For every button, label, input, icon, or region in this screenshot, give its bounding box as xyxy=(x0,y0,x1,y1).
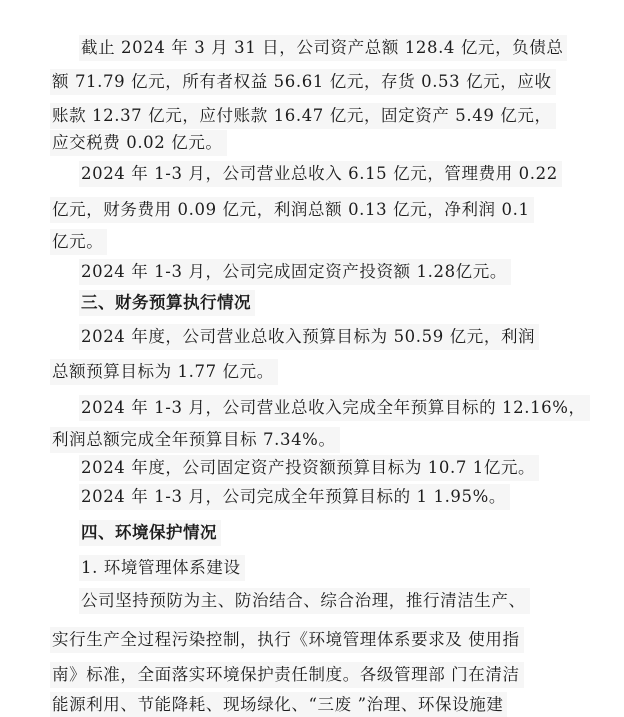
section-heading-budget: 三、财务预算执行情况 xyxy=(79,290,255,316)
text-line: 应交税费 0.02 亿元。 xyxy=(50,130,227,156)
text-line: 利润总额完成全年预算目标 7.34%。 xyxy=(50,427,340,453)
text-line: 公司坚持预防为主、防治结合、综合治理，推行清洁生产、 xyxy=(79,588,530,614)
text-line: 南》标准，全面落实环境保护责任制度。各级管理部 门在清洁 xyxy=(50,662,524,688)
text-line: 2024 年 1-3 月，公司完成全年预算目标的 1 1.95%。 xyxy=(79,484,510,510)
text-line: 亿元，财务费用 0.09 亿元，利润总额 0.13 亿元，净利润 0.1 xyxy=(50,197,534,223)
text-line: 2024 年 1-3 月，公司营业总收入 6.15 亿元，管理费用 0.22 xyxy=(79,161,562,187)
text-line: 能源利用、节能降耗、现场绿化、“三废 ”治理、环保设施建 xyxy=(50,692,507,717)
text-line: 亿元。 xyxy=(50,229,107,255)
text-line: 实行生产全过程污染控制，执行《环境管理体系要求及 使用指 xyxy=(50,627,524,653)
text-line: 额 71.79 亿元，所有者权益 56.61 亿元，存货 0.53 亿元，应收 xyxy=(50,69,556,95)
text-line: 账款 12.37 亿元，应付账款 16.47 亿元，固定资产 5.49 亿元， xyxy=(50,103,556,129)
text-line: 2024 年 1-3 月，公司营业总收入完成全年预算目标的 12.16%， xyxy=(79,395,590,421)
text-line: 总额预算目标为 1.77 亿元。 xyxy=(50,359,278,385)
section-heading-environment: 四、环境保护情况 xyxy=(79,520,221,546)
text-line: 2024 年度，公司固定资产投资额预算目标为 10.7 1亿元。 xyxy=(79,455,539,481)
subsection-heading: 1. 环境管理体系建设 xyxy=(79,555,245,581)
text-line: 2024 年 1-3 月，公司完成固定资产投资额 1.28亿元。 xyxy=(79,259,511,285)
text-line: 2024 年度，公司营业总收入预算目标为 50.59 亿元，利润 xyxy=(79,324,539,350)
text-line: 截止 2024 年 3 月 31 日，公司资产总额 128.4 亿元，负债总 xyxy=(79,35,567,61)
